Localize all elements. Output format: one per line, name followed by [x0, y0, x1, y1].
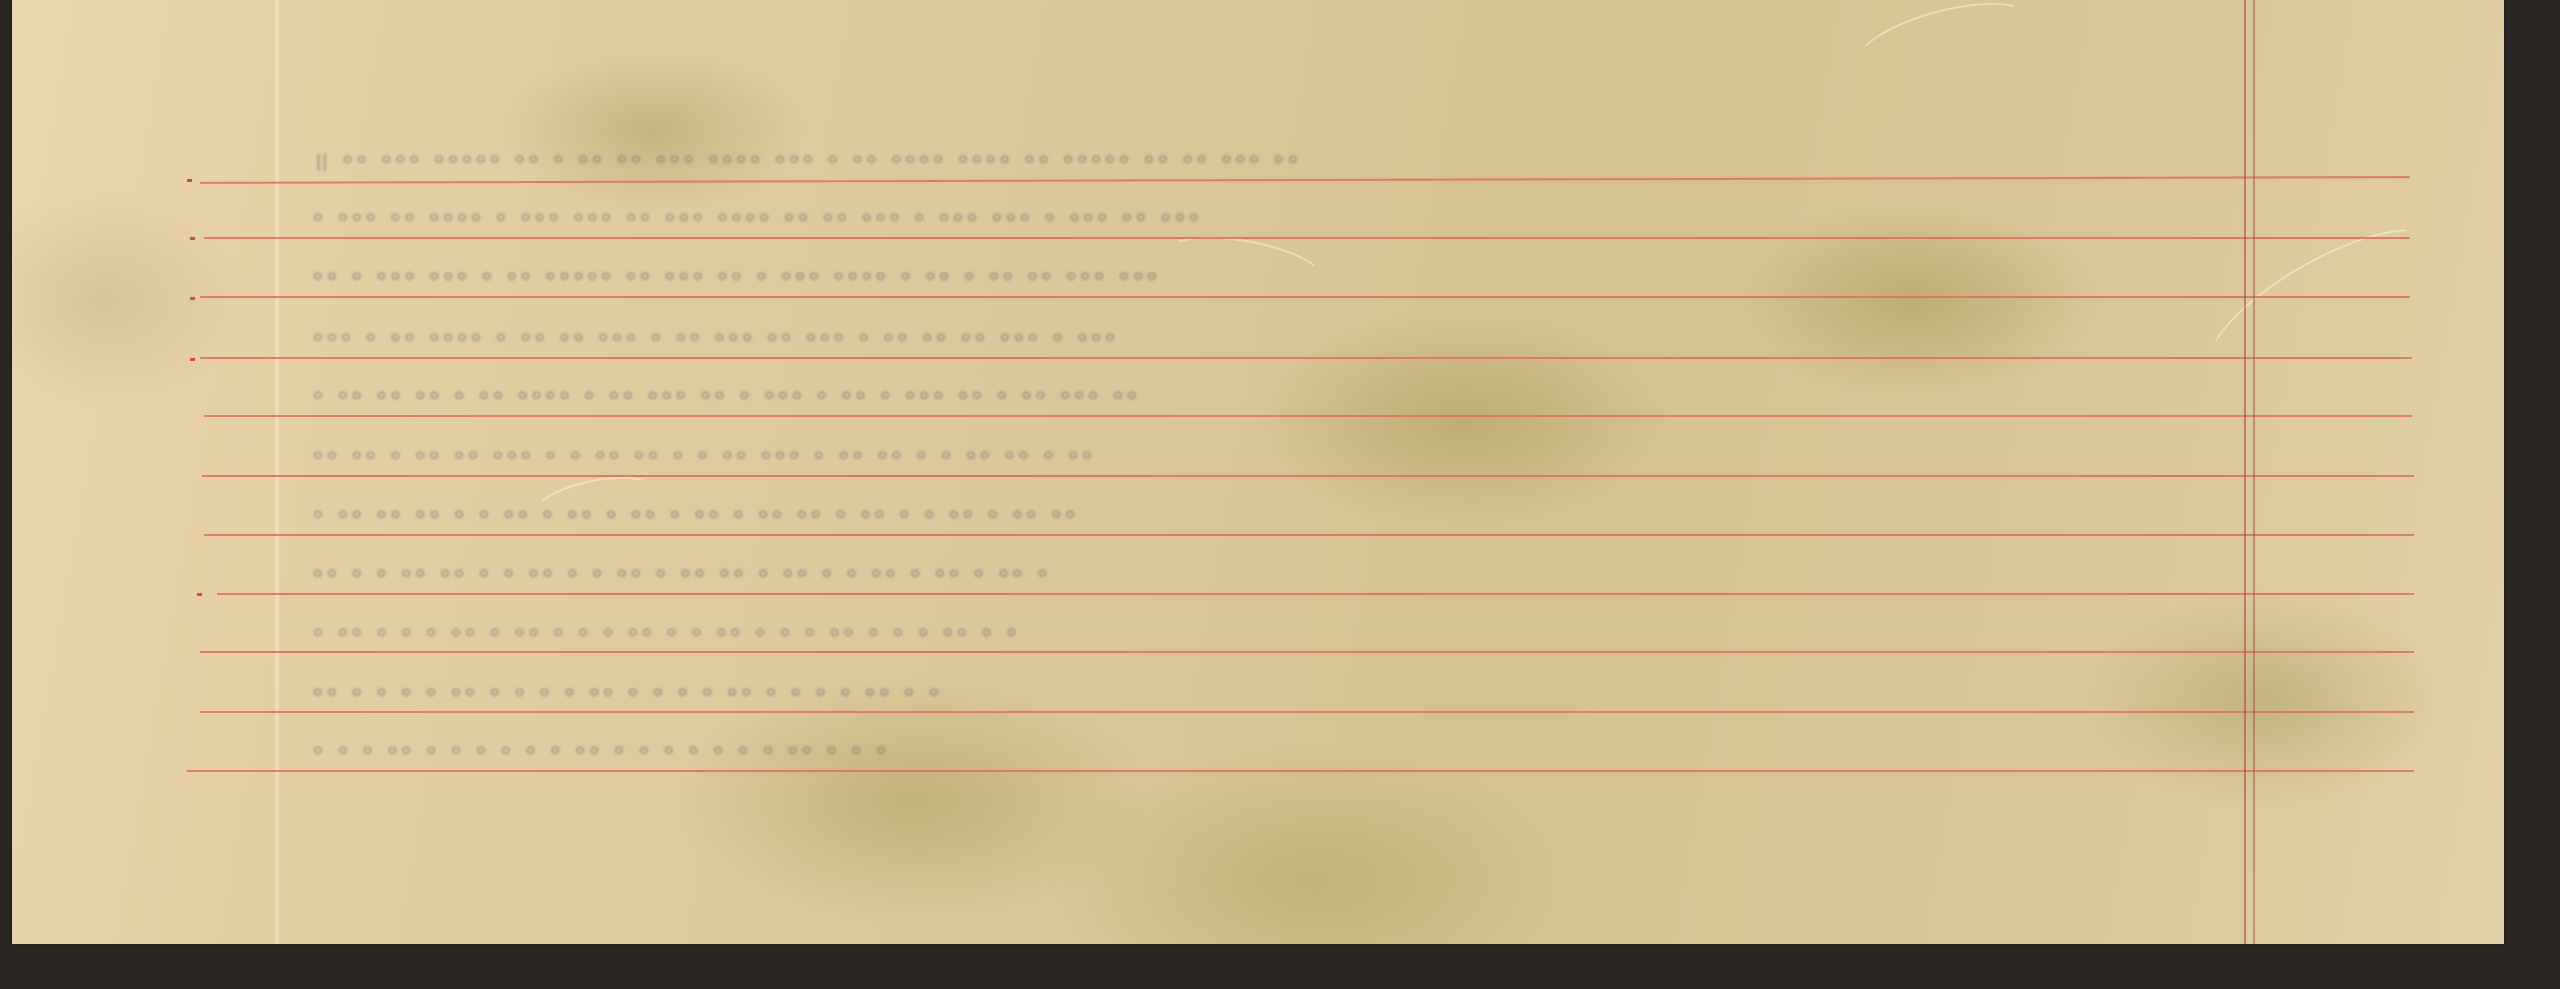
ruling-tick — [187, 179, 192, 182]
ruled-line — [204, 237, 2410, 239]
manuscript-text-line: ॰॰ ॰ ॰॰॰ ॰॰॰ ॰ ॰॰ ॰॰॰॰॰ ॰॰ ॰॰॰ ॰॰ ॰ ॰॰॰ … — [312, 259, 2222, 289]
ruling-tick — [197, 593, 202, 596]
manuscript-text-line: ॰॰॰ ॰ ॰॰ ॰॰॰॰ ॰ ॰॰ ॰॰ ॰॰॰ ॰ ॰॰ ॰॰॰ ॰॰ ॰॰… — [312, 320, 2222, 350]
manuscript-text-line: ॰ ॰॰ ॰ ॰ ॰ ॰॰ ॰ ॰॰ ॰ ॰ ॰ ॰॰ ॰ ॰ ॰॰ ॰ ॰ ॰… — [312, 615, 2222, 645]
manuscript-text-line: ॰॰ ॰॰ ॰ ॰॰ ॰॰ ॰॰॰ ॰ ॰ ॰॰ ॰॰ ॰ ॰ ॰॰ ॰॰॰ ॰… — [312, 438, 2222, 468]
manuscript-text-line: ॰ ॰ ॰ ॰॰ ॰ ॰ ॰ ॰ ॰ ॰ ॰॰ ॰ ॰ ॰ ॰ ॰ ॰ ॰ ॰॰… — [312, 733, 2222, 763]
ruled-line — [200, 711, 2414, 713]
paper-fiber — [1781, 0, 1847, 146]
ruled-line — [200, 296, 2410, 298]
ruled-line — [200, 176, 2410, 184]
ruling-tick — [190, 297, 195, 300]
manuscript-text-line: ॥ ॰॰ ॰॰॰ ॰॰॰॰॰ ॰॰ ॰ ॰॰ ॰॰ ॰॰॰ ॰॰॰॰ ॰॰॰ ॰… — [312, 142, 2222, 172]
manuscript-text-line: ॰ ॰॰ ॰॰ ॰॰ ॰ ॰॰ ॰॰॰॰ ॰ ॰॰ ॰॰॰ ॰॰ ॰ ॰॰॰ ॰… — [312, 378, 2222, 408]
ruled-line — [200, 357, 2412, 359]
paper-fold — [274, 0, 280, 944]
ruled-line — [200, 651, 2414, 653]
manuscript-text-line: ॰ ॰॰॰ ॰॰ ॰॰॰॰ ॰ ॰॰॰ ॰॰॰ ॰॰ ॰॰॰ ॰॰॰॰ ॰॰ ॰… — [312, 200, 2222, 230]
manuscript-text-line: ॰॰ ॰ ॰ ॰॰ ॰॰ ॰ ॰ ॰॰ ॰ ॰ ॰॰ ॰ ॰॰ ॰॰ ॰ ॰॰ … — [312, 556, 2222, 586]
manuscript-text-line: ॰ ॰॰ ॰॰ ॰॰ ॰ ॰ ॰॰ ॰ ॰॰ ॰ ॰॰ ॰ ॰॰ ॰ ॰॰ ॰॰… — [312, 497, 2222, 527]
ruling-tick — [190, 237, 195, 240]
manuscript-leaf: ॥ ॰॰ ॰॰॰ ॰॰॰॰॰ ॰॰ ॰ ॰॰ ॰॰ ॰॰॰ ॰॰॰॰ ॰॰॰ ॰… — [12, 0, 2504, 944]
ruled-line — [204, 534, 2414, 536]
manuscript-text-line: ॰॰ ॰ ॰ ॰ ॰ ॰॰ ॰ ॰ ॰ ॰ ॰॰ ॰ ॰ ॰ ॰ ॰॰ ॰ ॰ … — [312, 675, 2222, 705]
ruled-line — [202, 475, 2414, 477]
ruling-tick — [190, 358, 195, 361]
paper-fiber — [1847, 0, 2041, 97]
ruled-line — [187, 770, 2414, 772]
ruled-line — [217, 593, 2414, 595]
paper-fiber — [2186, 200, 2462, 413]
vertical-margin-ruling — [2244, 0, 2255, 944]
ruled-line — [204, 415, 2412, 417]
